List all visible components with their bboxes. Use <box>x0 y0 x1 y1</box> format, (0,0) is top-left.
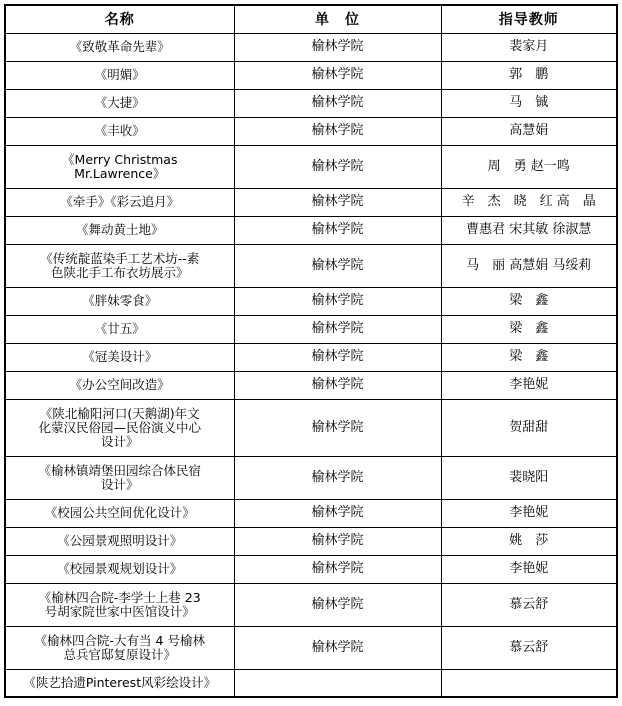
work-name-cell: 《榆林镇靖堡田园综合体民宿 设计》 <box>5 456 234 499</box>
unit-cell: 榆林学院 <box>234 399 441 456</box>
work-name-cell: 《舞动黄土地》 <box>5 216 234 244</box>
table-row: 《丰收》 榆林学院 高慧娟 <box>5 117 617 145</box>
work-name-cell: 《公园景观照明设计》 <box>5 527 234 555</box>
table-row: 《Merry Christmas Mr.Lawrence》 榆林学院 周 勇 赵… <box>5 145 617 188</box>
work-name-cell: 《丰收》 <box>5 117 234 145</box>
teacher-cell: 裴晓阳 <box>441 456 617 499</box>
unit-cell: 榆林学院 <box>234 244 441 287</box>
work-name-cell: 《冠美设计》 <box>5 343 234 371</box>
table-row: 《陕北榆阳河口(天鹅湖)年文 化蒙汉民俗园—民俗演义中心 设计》 榆林学院 贺甜… <box>5 399 617 456</box>
work-name-cell: 《陕艺拾遗Pinterest风彩绘设计》 <box>5 669 234 697</box>
teacher-cell: 梁 鑫 <box>441 315 617 343</box>
work-name-cell: 《陕北榆阳河口(天鹅湖)年文 化蒙汉民俗园—民俗演义中心 设计》 <box>5 399 234 456</box>
teacher-cell: 周 勇 赵一鸣 <box>441 145 617 188</box>
header-name: 名称 <box>5 5 234 33</box>
unit-cell: 榆林学院 <box>234 583 441 626</box>
table-row: 《榆林四合院-李学士上巷 23 号胡家院世家中医馆设计》 榆林学院 慕云舒 <box>5 583 617 626</box>
work-name-cell: 《胖妹零食》 <box>5 287 234 315</box>
teacher-cell <box>441 669 617 697</box>
unit-cell: 榆林学院 <box>234 315 441 343</box>
teacher-cell: 慕云舒 <box>441 583 617 626</box>
unit-cell: 榆林学院 <box>234 89 441 117</box>
teacher-cell: 梁 鑫 <box>441 343 617 371</box>
teacher-cell: 马 铖 <box>441 89 617 117</box>
work-name-cell: 《牵手》《彩云追月》 <box>5 188 234 216</box>
unit-cell: 榆林学院 <box>234 117 441 145</box>
table-row: 《舞动黄土地》 榆林学院 曹惠君 宋其敏 徐淑慧 <box>5 216 617 244</box>
unit-cell: 榆林学院 <box>234 145 441 188</box>
teacher-cell: 郭 鹏 <box>441 61 617 89</box>
table-row: 《冠美设计》 榆林学院 梁 鑫 <box>5 343 617 371</box>
teacher-cell: 慕云舒 <box>441 626 617 669</box>
document-page: 名称 单 位 指导教师 《致敬革命先辈》 榆林学院 裴家月 《明媚》 榆林学院 … <box>0 0 622 706</box>
table-row: 《胖妹零食》 榆林学院 梁 鑫 <box>5 287 617 315</box>
works-table: 名称 单 位 指导教师 《致敬革命先辈》 榆林学院 裴家月 《明媚》 榆林学院 … <box>4 4 618 698</box>
teacher-cell: 李艳妮 <box>441 371 617 399</box>
work-name-cell: 《致敬革命先辈》 <box>5 33 234 61</box>
table-row: 《廿五》 榆林学院 梁 鑫 <box>5 315 617 343</box>
table-row: 《陕艺拾遗Pinterest风彩绘设计》 <box>5 669 617 697</box>
work-name-cell: 《校园公共空间优化设计》 <box>5 499 234 527</box>
work-name-cell: 《廿五》 <box>5 315 234 343</box>
unit-cell <box>234 669 441 697</box>
teacher-cell: 辛 杰 晓 红 高 晶 <box>441 188 617 216</box>
work-name-cell: 《大捷》 <box>5 89 234 117</box>
unit-cell: 榆林学院 <box>234 216 441 244</box>
unit-cell: 榆林学院 <box>234 499 441 527</box>
teacher-cell: 姚 莎 <box>441 527 617 555</box>
work-name-cell: 《明媚》 <box>5 61 234 89</box>
teacher-cell: 梁 鑫 <box>441 287 617 315</box>
unit-cell: 榆林学院 <box>234 456 441 499</box>
teacher-cell: 裴家月 <box>441 33 617 61</box>
teacher-cell: 曹惠君 宋其敏 徐淑慧 <box>441 216 617 244</box>
table-row: 《明媚》 榆林学院 郭 鹏 <box>5 61 617 89</box>
unit-cell: 榆林学院 <box>234 287 441 315</box>
table-row: 《榆林镇靖堡田园综合体民宿 设计》 榆林学院 裴晓阳 <box>5 456 617 499</box>
table-row: 《致敬革命先辈》 榆林学院 裴家月 <box>5 33 617 61</box>
table-row: 《公园景观照明设计》 榆林学院 姚 莎 <box>5 527 617 555</box>
teacher-cell: 高慧娟 <box>441 117 617 145</box>
table-row: 《校园景观规划设计》 榆林学院 李艳妮 <box>5 555 617 583</box>
unit-cell: 榆林学院 <box>234 33 441 61</box>
header-teacher: 指导教师 <box>441 5 617 33</box>
table-body: 《致敬革命先辈》 榆林学院 裴家月 《明媚》 榆林学院 郭 鹏 《大捷》 榆林学… <box>5 33 617 697</box>
table-header: 名称 单 位 指导教师 <box>5 5 617 33</box>
teacher-cell: 贺甜甜 <box>441 399 617 456</box>
unit-cell: 榆林学院 <box>234 61 441 89</box>
unit-cell: 榆林学院 <box>234 527 441 555</box>
table-row: 《校园公共空间优化设计》 榆林学院 李艳妮 <box>5 499 617 527</box>
work-name-cell: 《传统靛蓝染手工艺术坊--素 色陕北手工布衣坊展示》 <box>5 244 234 287</box>
teacher-cell: 李艳妮 <box>441 555 617 583</box>
table-row: 《办公空间改造》 榆林学院 李艳妮 <box>5 371 617 399</box>
table-row: 《大捷》 榆林学院 马 铖 <box>5 89 617 117</box>
unit-cell: 榆林学院 <box>234 626 441 669</box>
teacher-cell: 马 丽 高慧娟 马绥莉 <box>441 244 617 287</box>
work-name-cell: 《校园景观规划设计》 <box>5 555 234 583</box>
work-name-cell: 《榆林四合院-李学士上巷 23 号胡家院世家中医馆设计》 <box>5 583 234 626</box>
table-row: 《传统靛蓝染手工艺术坊--素 色陕北手工布衣坊展示》 榆林学院 马 丽 高慧娟 … <box>5 244 617 287</box>
unit-cell: 榆林学院 <box>234 343 441 371</box>
table-row: 《牵手》《彩云追月》 榆林学院 辛 杰 晓 红 高 晶 <box>5 188 617 216</box>
header-row: 名称 单 位 指导教师 <box>5 5 617 33</box>
unit-cell: 榆林学院 <box>234 555 441 583</box>
unit-cell: 榆林学院 <box>234 371 441 399</box>
teacher-cell: 李艳妮 <box>441 499 617 527</box>
table-row: 《榆林四合院-大有当 4 号榆林 总兵官邸复原设计》 榆林学院 慕云舒 <box>5 626 617 669</box>
work-name-cell: 《办公空间改造》 <box>5 371 234 399</box>
header-unit: 单 位 <box>234 5 441 33</box>
work-name-cell: 《Merry Christmas Mr.Lawrence》 <box>5 145 234 188</box>
work-name-cell: 《榆林四合院-大有当 4 号榆林 总兵官邸复原设计》 <box>5 626 234 669</box>
unit-cell: 榆林学院 <box>234 188 441 216</box>
